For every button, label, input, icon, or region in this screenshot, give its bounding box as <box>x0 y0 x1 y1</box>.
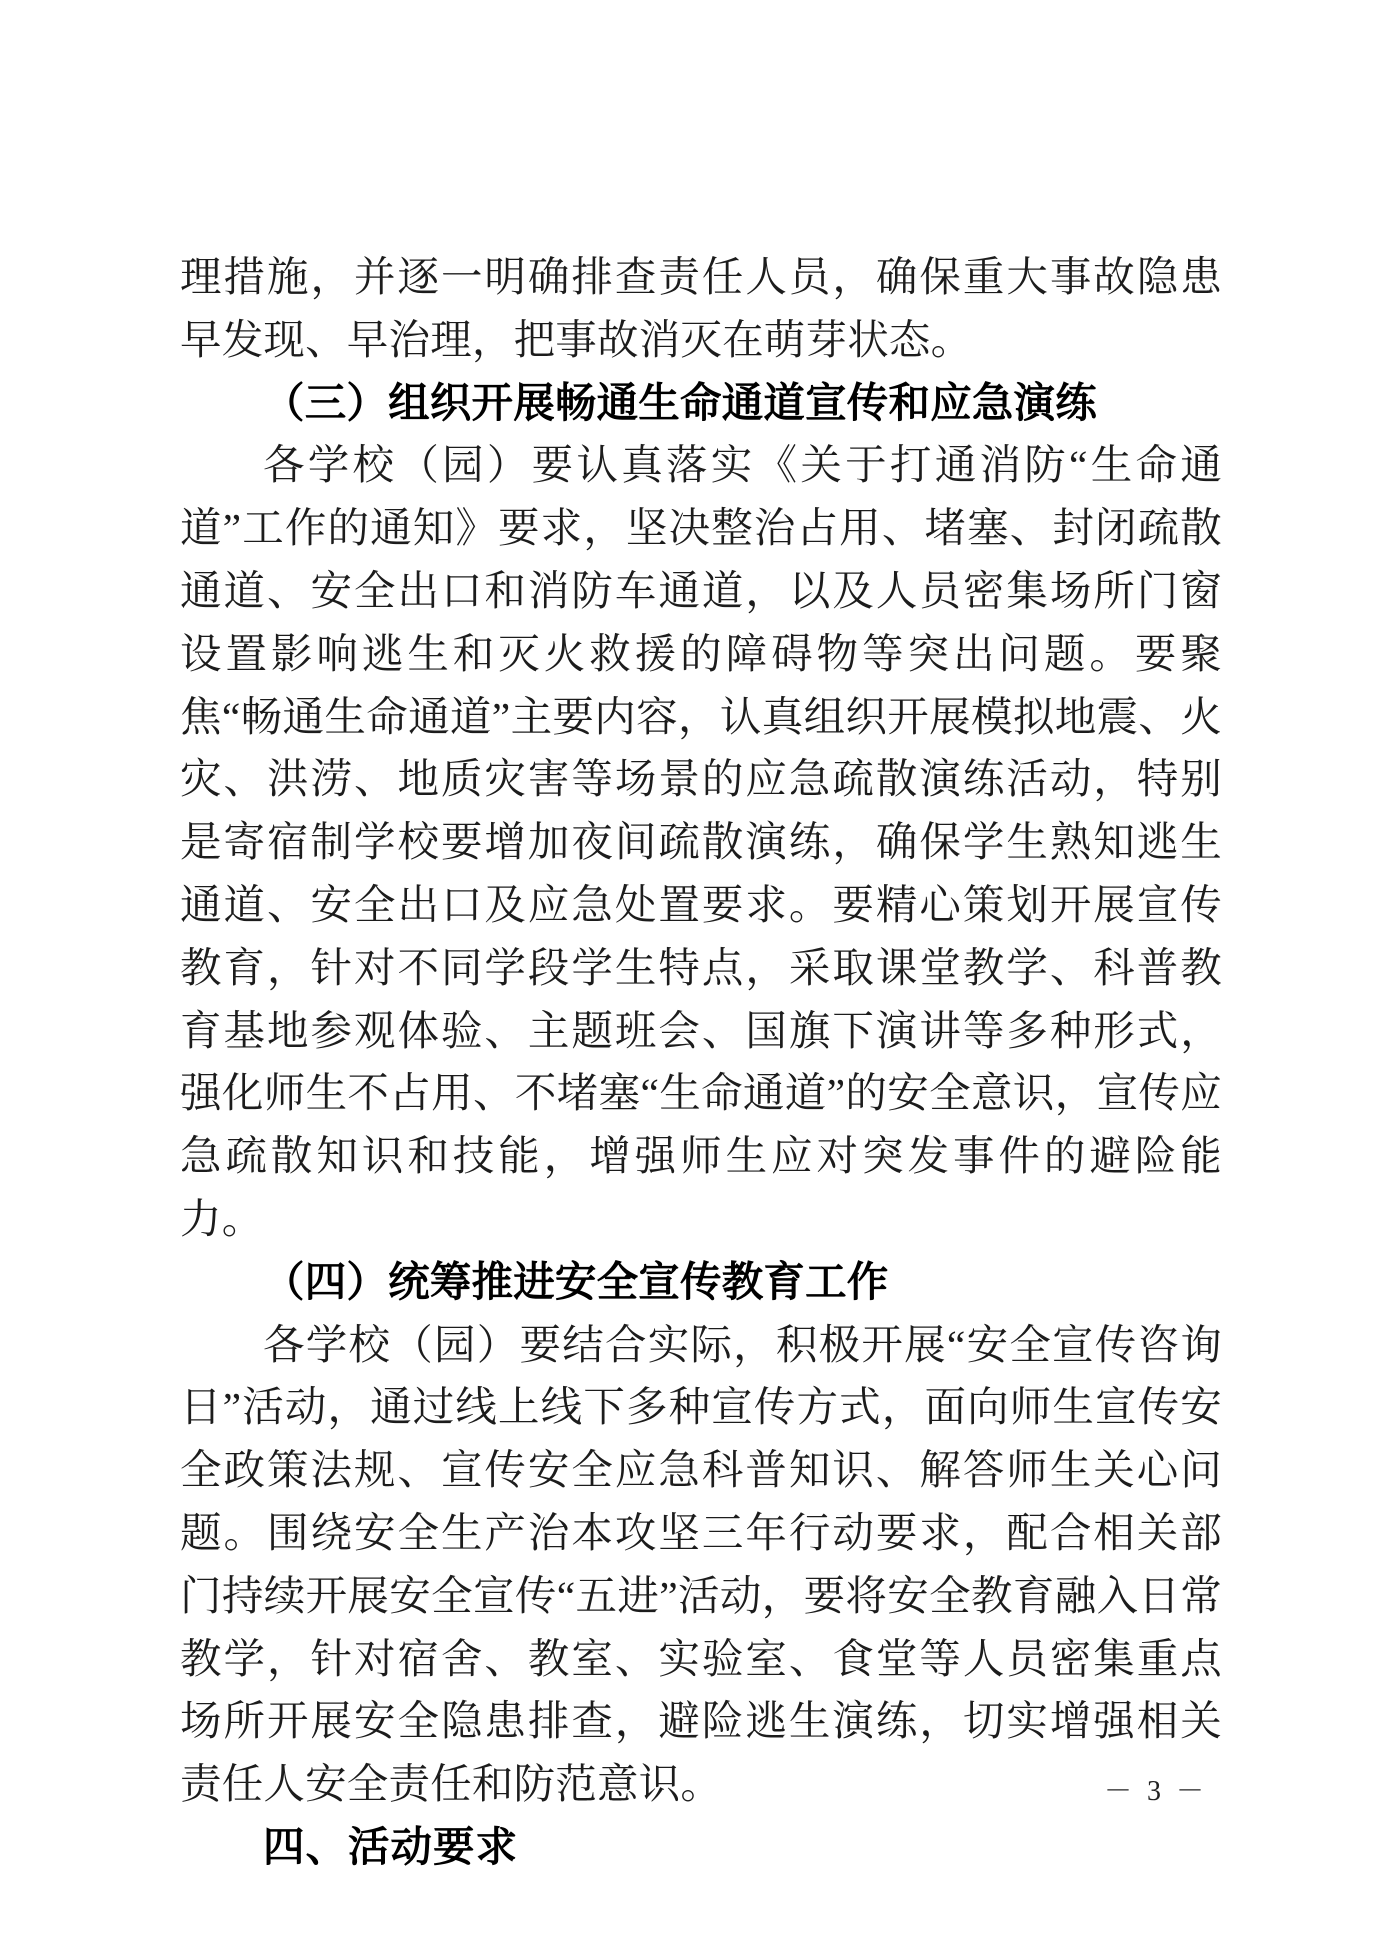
document-body: 理措施，并逐一明确排查责任人员，确保重大事故隐患早发现、早治理，把事故消灭在萌芽… <box>180 246 1222 1879</box>
paragraph-continuation: 理措施，并逐一明确排查责任人员，确保重大事故隐患早发现、早治理，把事故消灭在萌芽… <box>180 246 1222 372</box>
section-heading-activity-requirements: 四、活动要求 <box>180 1816 1222 1879</box>
document-page: 理措施，并逐一明确排查责任人员，确保重大事故隐患早发现、早治理，把事故消灭在萌芽… <box>0 0 1380 1952</box>
section-heading-four: （四）统筹推进安全宣传教育工作 <box>180 1251 1222 1314</box>
paragraph-section-three: 各学校（园）要认真落实《关于打通消防“生命通道”工作的通知》要求，坚决整治占用、… <box>180 434 1222 1250</box>
paragraph-section-four: 各学校（园）要结合实际，积极开展“安全宣传咨询日”活动，通过线上线下多种宣传方式… <box>180 1314 1222 1816</box>
section-heading-three: （三）组织开展畅通生命通道宣传和应急演练 <box>180 372 1222 435</box>
page-number: － 3 － <box>1104 1776 1208 1808</box>
